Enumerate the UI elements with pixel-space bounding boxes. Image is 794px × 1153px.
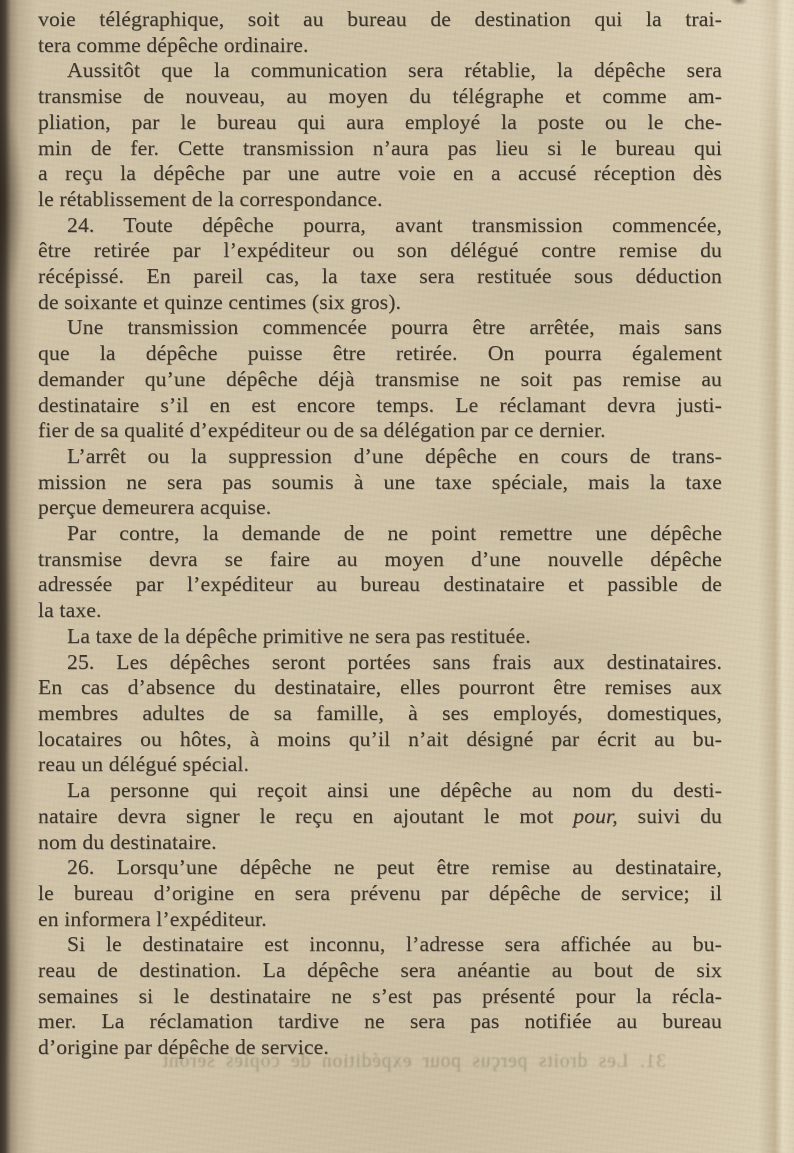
text-line: min de fer. Cette transmission n’aura pa… xyxy=(38,136,722,162)
text-segment: suivi du xyxy=(618,804,722,828)
text-line: Aussitôt que la communication sera rétab… xyxy=(38,58,722,84)
text-line: 24. Toute dépêche pourra, avant transmis… xyxy=(38,213,722,239)
text-line: de soixante et quinze centimes (six gros… xyxy=(38,290,722,316)
text-line: être retirée par l’expéditeur ou son dél… xyxy=(38,238,722,264)
text-line: transmise devra se faire au moyen d’une … xyxy=(38,547,722,573)
text-line: 25. Les dépêches seront portées sans fra… xyxy=(38,650,722,676)
text-line: la taxe. xyxy=(38,598,722,624)
text-line: locataires ou hôtes, à moins qu’il n’ait… xyxy=(38,727,722,753)
text-line: voie télégraphique, soit au bureau de de… xyxy=(38,7,722,33)
text-line: récépissé. En pareil cas, la taxe sera r… xyxy=(38,264,722,290)
paragraph-8: 25. Les dépêches seront portées sans fra… xyxy=(38,650,722,779)
italic-word: pour, xyxy=(573,804,618,828)
text-line: mer. La réclamation tardive ne sera pas … xyxy=(38,1009,722,1035)
text-line: L’arrêt ou la suppression d’une dépêche … xyxy=(38,444,722,470)
paragraph-7: La taxe de la dépêche primitive ne sera … xyxy=(38,624,722,650)
paragraph-4: Une transmission commencée pourra être a… xyxy=(38,315,722,444)
text-line: demander qu’une dépêche déjà transmise n… xyxy=(38,367,722,393)
paragraph-2: Aussitôt que la communication sera rétab… xyxy=(38,58,722,212)
text-line: Une transmission commencée pourra être a… xyxy=(38,315,722,341)
paragraph-6: Par contre, la demande de ne point remet… xyxy=(38,521,722,624)
text-line: reau de destination. La dépêche sera ané… xyxy=(38,958,722,984)
text-line: perçue demeurera acquise. xyxy=(38,495,722,521)
text-line: d’origine par dépêche de service. xyxy=(38,1035,722,1061)
paragraph-10: 26. Lorsqu’une dépêche ne peut être remi… xyxy=(38,855,722,932)
page-text-block: voie télégraphique, soit au bureau de de… xyxy=(38,7,722,1061)
corner-ink-mark xyxy=(726,0,752,10)
text-segment: nataire devra signer le reçu en ajoutant… xyxy=(38,804,573,828)
text-line: reau un délégué spécial. xyxy=(38,752,722,778)
text-line: En cas d’absence du destinataire, elles … xyxy=(38,675,722,701)
text-line: nataire devra signer le reçu en ajoutant… xyxy=(38,804,722,830)
text-line: en informera l’expéditeur. xyxy=(38,907,722,933)
text-line: le bureau d’origine en sera prévenu par … xyxy=(38,881,722,907)
text-line: que la dépêche puisse être retirée. On p… xyxy=(38,341,722,367)
text-line: Par contre, la demande de ne point remet… xyxy=(38,521,722,547)
text-line: 26. Lorsqu’une dépêche ne peut être remi… xyxy=(38,855,722,881)
text-line: semaines si le destinataire ne s’est pas… xyxy=(38,984,722,1010)
text-line: membres adultes de sa famille, à ses emp… xyxy=(38,701,722,727)
text-line: fier de sa qualité d’expéditeur ou de sa… xyxy=(38,418,722,444)
paragraph-9: La personne qui reçoit ainsi une dépêche… xyxy=(38,778,722,855)
text-line: le rétablissement de la correspondance. xyxy=(38,187,722,213)
text-line: destinataire s’il en est encore temps. L… xyxy=(38,393,722,419)
text-line: La taxe de la dépêche primitive ne sera … xyxy=(38,624,722,650)
scanned-page: 31. Les droits perçus pour expédition de… xyxy=(0,0,794,1153)
text-line: Si le destinataire est inconnu, l’adress… xyxy=(38,932,722,958)
text-line: mission ne sera pas soumis à une taxe sp… xyxy=(38,470,722,496)
text-line: adressée par l’expéditeur au bureau dest… xyxy=(38,572,722,598)
paragraph-11: Si le destinataire est inconnu, l’adress… xyxy=(38,932,722,1061)
text-line: pliation, par le bureau qui aura employé… xyxy=(38,110,722,136)
paragraph-3: 24. Toute dépêche pourra, avant transmis… xyxy=(38,213,722,316)
text-line: nom du destinataire. xyxy=(38,830,722,856)
paragraph-1: voie télégraphique, soit au bureau de de… xyxy=(38,7,722,58)
paragraph-5: L’arrêt ou la suppression d’une dépêche … xyxy=(38,444,722,521)
text-line: transmise de nouveau, au moyen du télégr… xyxy=(38,84,722,110)
text-line: tera comme dépêche ordinaire. xyxy=(38,33,722,59)
binding-gutter-shadow xyxy=(0,0,36,1153)
text-line: La personne qui reçoit ainsi une dépêche… xyxy=(38,778,722,804)
text-line: a reçu la dépêche par une autre voie en … xyxy=(38,161,722,187)
